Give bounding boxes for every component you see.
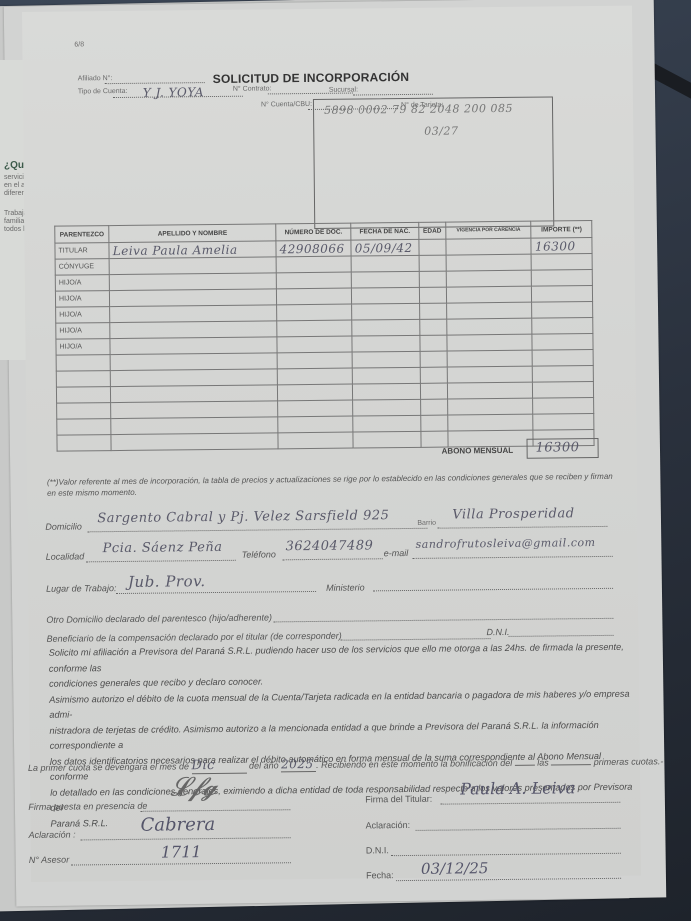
cell-importe[interactable]: [533, 398, 594, 415]
cuenta-cbu-label: N° Cuenta/CBU:: [261, 101, 312, 109]
card-number: 5898 0002 79 82 2048 200 085: [324, 102, 513, 117]
side-fragment: todos l: [4, 226, 25, 234]
cell-birth[interactable]: [353, 399, 421, 416]
cell-relation: [57, 419, 111, 436]
cell-name[interactable]: [111, 385, 278, 403]
aclaracion-left-value: Cabrera: [140, 814, 215, 836]
cell-importe[interactable]: 16300: [531, 238, 592, 255]
cell-birth[interactable]: [353, 415, 421, 432]
sucursal-field[interactable]: [353, 94, 433, 96]
cell-name[interactable]: [111, 401, 278, 419]
cell-vigencia[interactable]: [447, 302, 533, 319]
domicilio-field[interactable]: [87, 528, 427, 533]
col-edad: EDAD: [419, 222, 446, 239]
aclaracion-right-field[interactable]: [416, 828, 621, 831]
email-field[interactable]: [413, 556, 613, 559]
cell-doc[interactable]: [277, 368, 352, 385]
cell-importe[interactable]: [532, 254, 593, 271]
cell-relation: CÓNYUGE: [55, 259, 109, 276]
col-vigencia: VIGENCIA POR CARENCIA: [446, 221, 532, 239]
cell-relation: HIJO/A: [56, 323, 110, 340]
barrio-field[interactable]: [437, 526, 607, 529]
form-title: SOLICITUD DE INCORPORACIÓN: [213, 70, 410, 86]
aclaracion-left-field[interactable]: [81, 837, 291, 840]
contrato-label: N° Contrato:: [233, 85, 272, 92]
asesor-value: 1711: [161, 842, 202, 861]
cell-doc[interactable]: [278, 400, 353, 417]
cell-doc[interactable]: [278, 416, 353, 433]
cell-vigencia[interactable]: [448, 414, 534, 431]
domicilio-value: Sargento Cabral y Pj. Velez Sarsfield 92…: [97, 508, 389, 526]
cell-importe[interactable]: [532, 286, 593, 303]
cell-vigencia[interactable]: [446, 286, 532, 303]
application-form: 6/8 SOLICITUD DE INCORPORACIÓN Afiliado …: [22, 6, 641, 882]
firma-titular-value: Paula A. Leiva: [460, 778, 575, 798]
dni-field[interactable]: [391, 853, 621, 856]
cuota-suffix: primeras cuotas.-: [594, 756, 664, 767]
cell-doc[interactable]: [277, 336, 352, 353]
cell-age[interactable]: [420, 351, 447, 367]
footnote: (**)Valor referente al mes de incorporac…: [47, 471, 617, 499]
trabajo-field[interactable]: [116, 591, 316, 594]
fecha-label: Fecha:: [366, 870, 394, 880]
col-parentezco: PARENTEZCO: [55, 226, 109, 244]
cell-doc[interactable]: 42908066: [276, 240, 351, 257]
beneficiario-dni-label: D.N.I.: [486, 627, 509, 637]
cell-importe[interactable]: [533, 382, 594, 399]
abono-mensual-label: ABONO MENSUAL: [442, 446, 514, 456]
cell-age[interactable]: [421, 431, 448, 447]
cell-relation: [57, 403, 111, 420]
aclaracion-left-label: Aclaración :: [29, 829, 76, 839]
telefono-label: Teléfono: [242, 549, 276, 559]
cell-vigencia[interactable]: [446, 254, 532, 271]
cell-birth[interactable]: [352, 367, 420, 384]
cell-age[interactable]: [419, 303, 446, 319]
cell-doc[interactable]: [277, 304, 352, 321]
cell-vigencia[interactable]: [447, 366, 533, 383]
cell-name[interactable]: [110, 369, 277, 387]
sucursal-label: Sucursal:: [329, 86, 358, 93]
beneficiario-field[interactable]: [341, 638, 491, 641]
cell-vigencia[interactable]: [447, 318, 533, 335]
asesor-label: N° Asesor: [29, 855, 69, 865]
firma-titular-label: Firma del Titular:: [365, 794, 432, 805]
cuota-middle: . Recibiendo en este momento la bonifica…: [316, 758, 512, 770]
family-members-table: PARENTEZCO APELLIDO Y NOMBRE NÚMERO DE D…: [54, 220, 594, 452]
cell-relation: HIJO/A: [55, 275, 109, 292]
cell-name[interactable]: Leiva Paula Amelia: [109, 241, 276, 259]
cell-doc[interactable]: [277, 320, 352, 337]
col-importe: IMPORTE (**): [531, 221, 592, 239]
cell-age[interactable]: [419, 287, 446, 303]
email-value: sandrofrutosleiva@gmail.com: [416, 536, 596, 551]
cell-doc[interactable]: [276, 288, 351, 305]
trabajo-value: Jub. Prov.: [128, 572, 206, 591]
cell-birth[interactable]: [351, 255, 419, 272]
cell-age[interactable]: [420, 383, 447, 399]
afiliado-field[interactable]: [105, 82, 205, 84]
cell-relation: HIJO/A: [56, 307, 110, 324]
cell-name[interactable]: [110, 305, 277, 323]
bonificacion-field[interactable]: [515, 765, 535, 766]
trabajo-label: Lugar de Trabajo:: [46, 583, 116, 594]
cell-age[interactable]: [419, 271, 446, 287]
cell-age[interactable]: [420, 367, 447, 383]
cell-name[interactable]: [109, 273, 276, 291]
tipo-cuenta-label: Tipo de Cuenta:: [78, 88, 128, 96]
ministerio-label: Ministerio: [326, 582, 365, 592]
cell-vigencia[interactable]: [447, 334, 533, 351]
beneficiario-dni-field[interactable]: [509, 635, 614, 637]
cell-birth[interactable]: [352, 303, 420, 320]
cell-doc[interactable]: [278, 432, 353, 449]
cuota-prefix: La primer cuota se devengara el mes de: [28, 761, 189, 773]
cell-birth[interactable]: [352, 351, 420, 368]
cell-name[interactable]: [110, 289, 277, 307]
cell-birth[interactable]: [352, 319, 420, 336]
las-field[interactable]: [551, 764, 591, 765]
cell-name[interactable]: [110, 337, 277, 355]
card-number-box[interactable]: 5898 0002 79 82 2048 200 085 03/27: [313, 96, 554, 229]
cell-age[interactable]: [420, 319, 447, 335]
cell-doc[interactable]: [276, 272, 351, 289]
email-label: e-mail: [384, 548, 409, 558]
cell-vigencia[interactable]: [448, 430, 534, 447]
cell-vigencia[interactable]: [448, 398, 534, 415]
cell-doc[interactable]: [276, 256, 351, 273]
col-apellido-nombre: APELLIDO Y NOMBRE: [109, 224, 276, 243]
cell-name[interactable]: [111, 417, 278, 435]
ministerio-field[interactable]: [373, 588, 613, 592]
cell-age[interactable]: [420, 399, 447, 415]
telefono-field[interactable]: [283, 558, 383, 560]
localidad-label: Localidad: [46, 551, 85, 561]
cell-vigencia[interactable]: [446, 238, 532, 255]
cell-birth[interactable]: 05/09/42: [351, 239, 419, 256]
cell-importe[interactable]: [533, 350, 594, 367]
cell-relation: [56, 371, 110, 388]
telefono-value: 3624047489: [286, 538, 374, 554]
cell-vigencia[interactable]: [447, 382, 533, 399]
barrio-label: Barrio: [417, 520, 436, 527]
otro-domicilio-field[interactable]: [273, 618, 613, 623]
cell-age[interactable]: [420, 335, 447, 351]
cuota-anio-field[interactable]: 2025: [281, 757, 316, 772]
cell-age[interactable]: [421, 415, 448, 431]
cell-importe[interactable]: [532, 334, 593, 351]
cuota-anio-label: del año: [249, 760, 279, 770]
cell-age[interactable]: [419, 239, 446, 255]
page-number: 6/8: [74, 41, 84, 48]
cell-birth[interactable]: [351, 271, 419, 288]
card-expiry: 03/27: [424, 124, 458, 137]
cell-birth[interactable]: [353, 383, 421, 400]
abono-mensual-field[interactable]: 16300: [526, 438, 598, 459]
beneficiario-label: Beneficiario de la compensación declarad…: [47, 631, 342, 644]
cell-importe[interactable]: [532, 302, 593, 319]
cell-importe[interactable]: [533, 414, 594, 431]
abono-mensual-value: 16300: [536, 440, 580, 455]
localidad-field[interactable]: [86, 560, 236, 563]
aclaracion-right-label: Aclaración:: [365, 820, 410, 830]
afiliado-label: Afiliado N°:: [78, 75, 113, 82]
barrio-value: Villa Prosperidad: [452, 506, 574, 522]
otro-domicilio-label: Otro Domicilio declarado del parentesco …: [46, 612, 272, 624]
col-fecha-nac: FECHA DE NAC.: [351, 222, 419, 240]
cell-birth[interactable]: [352, 287, 420, 304]
cell-relation: [57, 435, 111, 452]
cell-name[interactable]: [109, 257, 276, 275]
witness-signature: 𝓛𝓯𝓰: [170, 772, 217, 803]
cell-doc[interactable]: [277, 384, 352, 401]
cell-birth[interactable]: [353, 431, 421, 448]
cell-importe[interactable]: [532, 318, 593, 335]
fecha-value: 03/12/25: [421, 859, 489, 878]
cell-importe[interactable]: [532, 270, 593, 287]
domicilio-label: Domicilio: [45, 521, 82, 531]
las-label: las: [537, 758, 549, 768]
dni-label: D.N.I.: [366, 845, 389, 855]
presencia-label: Firma puesta en presencia de: [28, 801, 147, 812]
cell-name[interactable]: [110, 321, 277, 339]
cell-name[interactable]: [111, 433, 278, 451]
localidad-value: Pcia. Sáenz Peña: [103, 540, 223, 556]
cell-vigencia[interactable]: [447, 350, 533, 367]
cell-relation: [56, 355, 110, 372]
col-numero-doc: NÚMERO DE DOC.: [276, 223, 351, 241]
cell-vigencia[interactable]: [446, 270, 532, 287]
cell-relation: HIJO/A: [55, 291, 109, 308]
asesor-field[interactable]: [71, 862, 291, 865]
cell-relation: HIJO/A: [56, 339, 110, 356]
cell-age[interactable]: [419, 255, 446, 271]
cell-birth[interactable]: [352, 335, 420, 352]
cell-name[interactable]: [110, 353, 277, 371]
cell-relation: [56, 387, 110, 404]
cell-importe[interactable]: [533, 366, 594, 383]
cell-relation: TITULAR: [55, 243, 109, 260]
cell-doc[interactable]: [277, 352, 352, 369]
